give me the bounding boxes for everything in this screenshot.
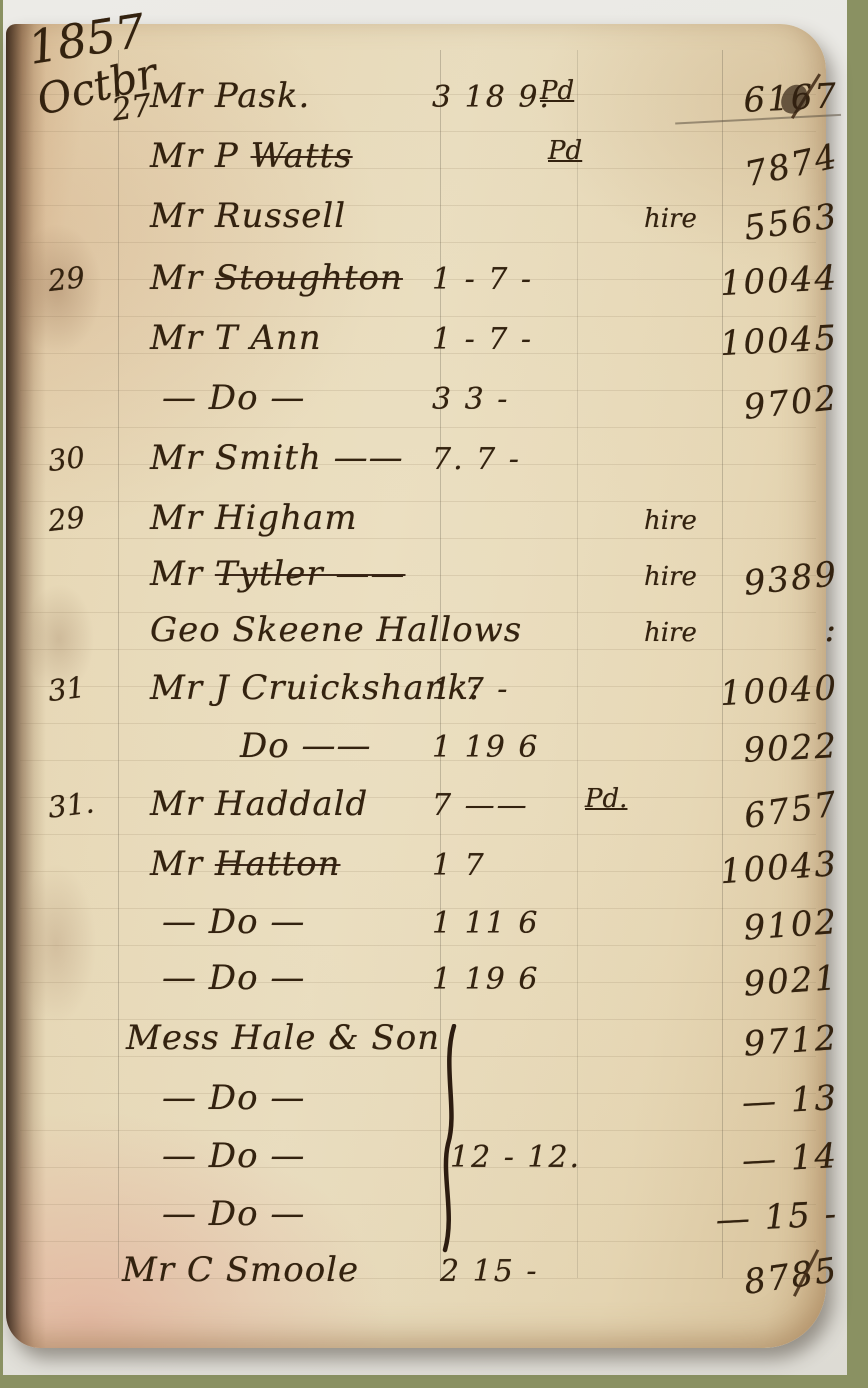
ledger-row: 31. Mr Haddald 7 —— Pd. 6757 xyxy=(0,784,868,836)
entry-name: Mr C Smoole xyxy=(122,1250,359,1290)
ledger-row: 31 Mr J Cruickshank: 1 7 - 10040 xyxy=(0,668,868,720)
ledger-row: Mr Pask. 3 18 9. Pd 6167 xyxy=(0,76,868,128)
ledger-number: 6757 xyxy=(687,784,841,844)
entry-name: — Do — xyxy=(162,1136,305,1176)
ledger-number: — 14 xyxy=(687,1136,839,1184)
entry-name: — Do — xyxy=(162,1194,305,1234)
entry-amount: 12 - 12. xyxy=(450,1140,581,1175)
scanned-ledger-image: 1857 Octbr 27 Mr Pask. 3 18 9. Pd 6167 M… xyxy=(0,0,868,1388)
entry-amount: 1 19 6 xyxy=(432,962,539,997)
ledger-number: 10040 xyxy=(687,668,839,716)
entry-name: — Do — xyxy=(162,378,305,418)
ledger-row: — Do — 12 - 12. — 14 xyxy=(0,1136,868,1188)
entry-name: Mr P Watts xyxy=(150,136,353,176)
entry-amount: 1 - 7 - xyxy=(432,322,533,357)
entry-name: Mr Tytler —— xyxy=(150,554,405,594)
entry-name: Mr T Ann xyxy=(150,318,322,358)
ledger-number: 10044 xyxy=(687,258,839,306)
hale-brace xyxy=(438,1024,464,1254)
ledger-number: 5563 xyxy=(687,196,841,256)
entry-name: Mr Pask. xyxy=(150,76,310,116)
ledger-row: 29 Mr Stoughton 1 - 7 - 10044 xyxy=(0,258,868,310)
entry-amount: 1 - 7 - xyxy=(432,262,533,297)
ledger-row: — Do — — 13 xyxy=(0,1078,868,1130)
ledger-row: — Do — 3 3 - 9702 xyxy=(0,378,868,430)
paid-mark: Pd. xyxy=(585,784,627,814)
entry-amount: 7 —— xyxy=(432,788,529,823)
ledger-number: — 15 - xyxy=(687,1194,839,1242)
entry-name: Mr Russell xyxy=(150,196,346,236)
entry-name: Mr Higham xyxy=(150,498,358,538)
entry-amount: 3 18 9. xyxy=(432,80,551,115)
entry-name: Mess Hale & Son xyxy=(126,1018,440,1058)
entry-amount: 7. 7 - xyxy=(432,442,521,477)
ledger-number: 9022 xyxy=(687,726,839,774)
ledger-number: 8785 xyxy=(687,1250,841,1310)
ledger-number: 10043 xyxy=(687,844,839,894)
ledger-row: Do —— 1 19 6 9022 xyxy=(0,726,868,778)
ledger-row: — Do — 1 11 6 9102 xyxy=(0,902,868,954)
entry-amount: 1 19 6 xyxy=(432,730,539,765)
entry-name: — Do — xyxy=(162,958,305,998)
paid-mark: Pd xyxy=(540,76,574,106)
entry-day: 29 xyxy=(46,260,87,298)
entry-name: Mr Hatton xyxy=(150,844,341,884)
ledger-number: 9702 xyxy=(687,378,840,433)
entry-day: 31 xyxy=(46,670,87,708)
entry-name: Do —— xyxy=(240,726,372,766)
ledger-number: 9021 xyxy=(687,958,839,1008)
entry-name: Geo Skeene Hallows xyxy=(150,610,522,650)
entry-day: 31. xyxy=(46,785,96,824)
ledger-number: 10045 xyxy=(687,318,839,366)
ledger-number: 6167 xyxy=(687,76,839,124)
ledger-row: Mr Tytler —— hire 9389 xyxy=(0,554,868,606)
entry-note: hire xyxy=(644,506,697,536)
ledger-number: — 13 xyxy=(687,1078,839,1126)
ledger-row: Geo Skeene Hallows hire : xyxy=(0,610,868,662)
entry-amount: 1 11 6 xyxy=(432,906,539,941)
ledger-row: Mr C Smoole 2 15 - 8785 xyxy=(0,1250,868,1302)
ledger-number: 9389 xyxy=(687,554,840,609)
entry-amount: 3 3 - xyxy=(432,382,509,417)
ledger-row: Mr Russell hire 5563 xyxy=(0,196,868,248)
ledger-number: 9102 xyxy=(687,902,839,952)
ledger-number: 9712 xyxy=(687,1018,839,1068)
ledger-row: Mr Hatton 1 7 10043 xyxy=(0,844,868,896)
entry-name: — Do — xyxy=(162,902,305,942)
entry-day: 30 xyxy=(46,440,87,478)
ledger-row: Mr P Watts Pd 7874 xyxy=(0,136,868,188)
entry-name: Mr Stoughton xyxy=(150,258,403,298)
paid-mark: Pd xyxy=(548,136,582,166)
entry-name: — Do — xyxy=(162,1078,305,1118)
ledger-row: Mess Hale & Son 9712 xyxy=(0,1018,868,1070)
ledger-row: 30 Mr Smith —— 7. 7 - xyxy=(0,438,868,490)
entry-day: 29 xyxy=(46,500,87,538)
entry-amount: 1 7 - xyxy=(432,672,509,707)
ledger-row: — Do — 1 19 6 9021 xyxy=(0,958,868,1010)
entries-layer: Mr Pask. 3 18 9. Pd 6167 Mr P Watts Pd 7… xyxy=(0,0,868,1388)
ledger-number: : xyxy=(688,610,838,650)
entry-name: Mr Smith —— xyxy=(150,438,404,478)
entry-amount: 2 15 - xyxy=(440,1254,538,1289)
ledger-row: — Do — — 15 - xyxy=(0,1194,868,1246)
ledger-row: 29 Mr Higham hire xyxy=(0,498,868,550)
entry-name: Mr Haddald xyxy=(150,784,368,824)
ledger-row: Mr T Ann 1 - 7 - 10045 xyxy=(0,318,868,370)
entry-amount: 1 7 xyxy=(432,848,486,883)
